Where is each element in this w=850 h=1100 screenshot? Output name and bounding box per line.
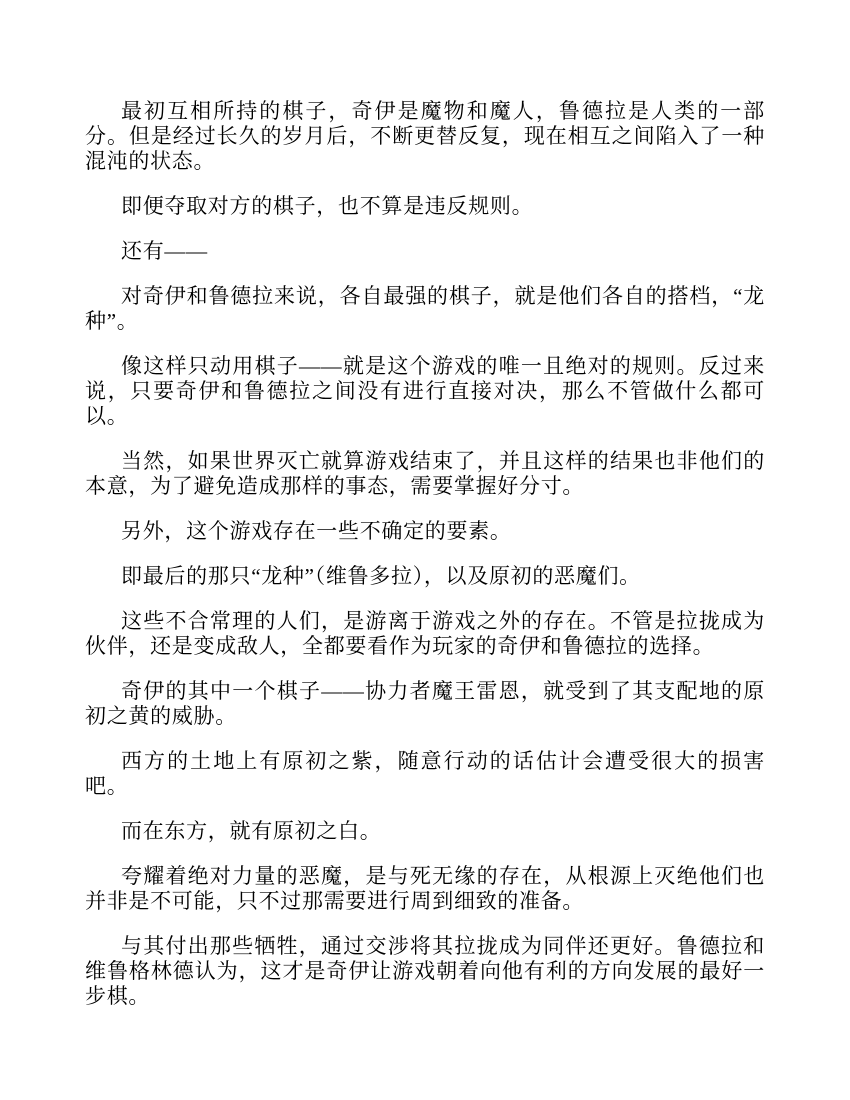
- paragraph-2: 即便夺取对方的棋子，也不算是违反规则。: [85, 194, 765, 219]
- paragraph-1: 最初互相所持的棋子，奇伊是魔物和魔人，鲁德拉是人类的一部分。但是经过长久的岁月后…: [85, 99, 765, 174]
- paragraph-14: 与其付出那些牺牲，通过交涉将其拉拢成为同伴还更好。鲁德拉和维鲁格林德认为，这才是…: [85, 934, 765, 1009]
- paragraph-5: 像这样只动用棋子——就是这个游戏的唯一且绝对的规则。反过来说，只要奇伊和鲁德拉之…: [85, 354, 765, 429]
- paragraph-12: 而在东方，就有原初之白。: [85, 819, 765, 844]
- paragraph-6: 当然，如果世界灭亡就算游戏结束了，并且这样的结果也非他们的本意，为了避免造成那样…: [85, 449, 765, 499]
- paragraph-9: 这些不合常理的人们，是游离于游戏之外的存在。不管是拉拢成为伙伴，还是变成敌人，全…: [85, 609, 765, 659]
- document-page: 最初互相所持的棋子，奇伊是魔物和魔人，鲁德拉是人类的一部分。但是经过长久的岁月后…: [0, 0, 850, 1100]
- paragraph-10: 奇伊的其中一个棋子——协力者魔王雷恩，就受到了其支配地的原初之黄的威胁。: [85, 679, 765, 729]
- paragraph-11: 西方的土地上有原初之紫，随意行动的话估计会遭受很大的损害吧。: [85, 749, 765, 799]
- paragraph-4: 对奇伊和鲁德拉来说，各自最强的棋子，就是他们各自的搭档，“龙种”。: [85, 284, 765, 334]
- paragraph-8: 即最后的那只“龙种”（维鲁多拉），以及原初的恶魔们。: [85, 564, 765, 589]
- paragraph-13: 夸耀着绝对力量的恶魔，是与死无缘的存在，从根源上灭绝他们也并非是不可能，只不过那…: [85, 864, 765, 914]
- paragraph-7: 另外，这个游戏存在一些不确定的要素。: [85, 519, 765, 544]
- paragraph-3: 还有——: [85, 239, 765, 264]
